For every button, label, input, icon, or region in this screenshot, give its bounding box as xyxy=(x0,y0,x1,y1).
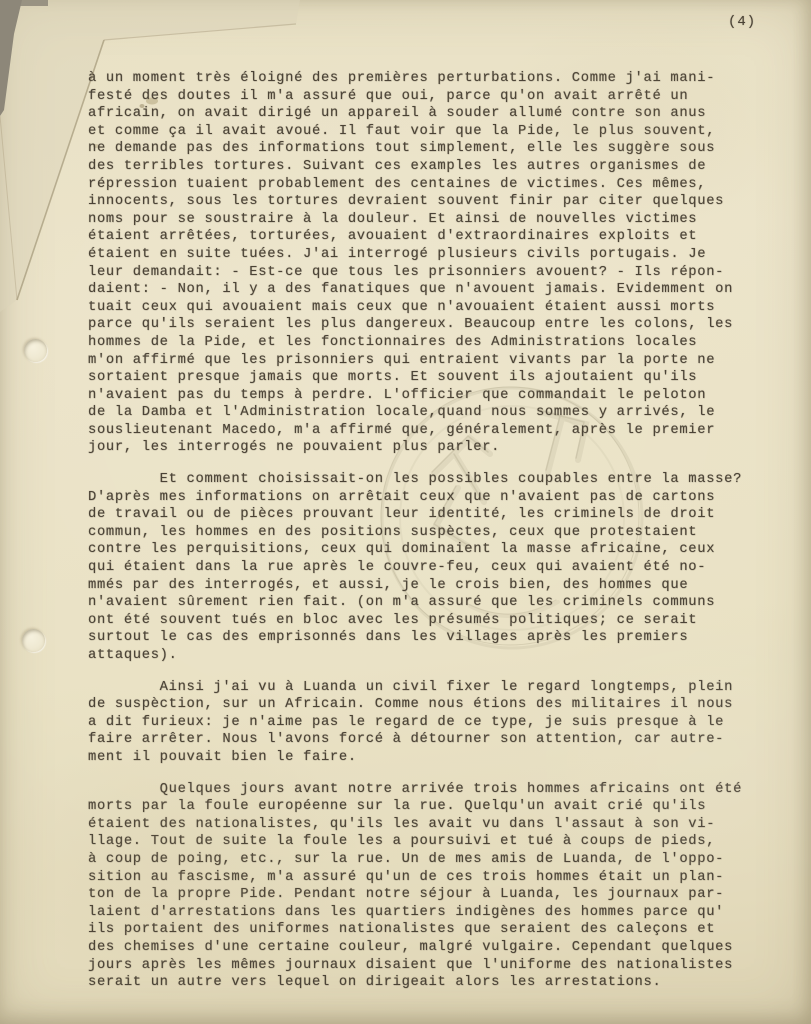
paragraph-3: Ainsi j'ai vu à Luanda un civil fixer le… xyxy=(88,679,768,767)
paragraph-1: à un moment très éloigné des premières p… xyxy=(88,70,768,457)
scanned-document-page: (4) à un moment très éloigné des premièr… xyxy=(0,0,811,1024)
paragraph-2: Et comment choisissait-on les possibles … xyxy=(88,471,768,665)
punch-hole-top xyxy=(24,339,47,362)
paragraph-4: Quelques jours avant notre arrivée trois… xyxy=(88,781,768,992)
document-text: à un moment très éloigné des premières p… xyxy=(88,70,768,992)
page-number: (4) xyxy=(728,14,756,30)
punch-hole-bottom xyxy=(22,629,45,652)
